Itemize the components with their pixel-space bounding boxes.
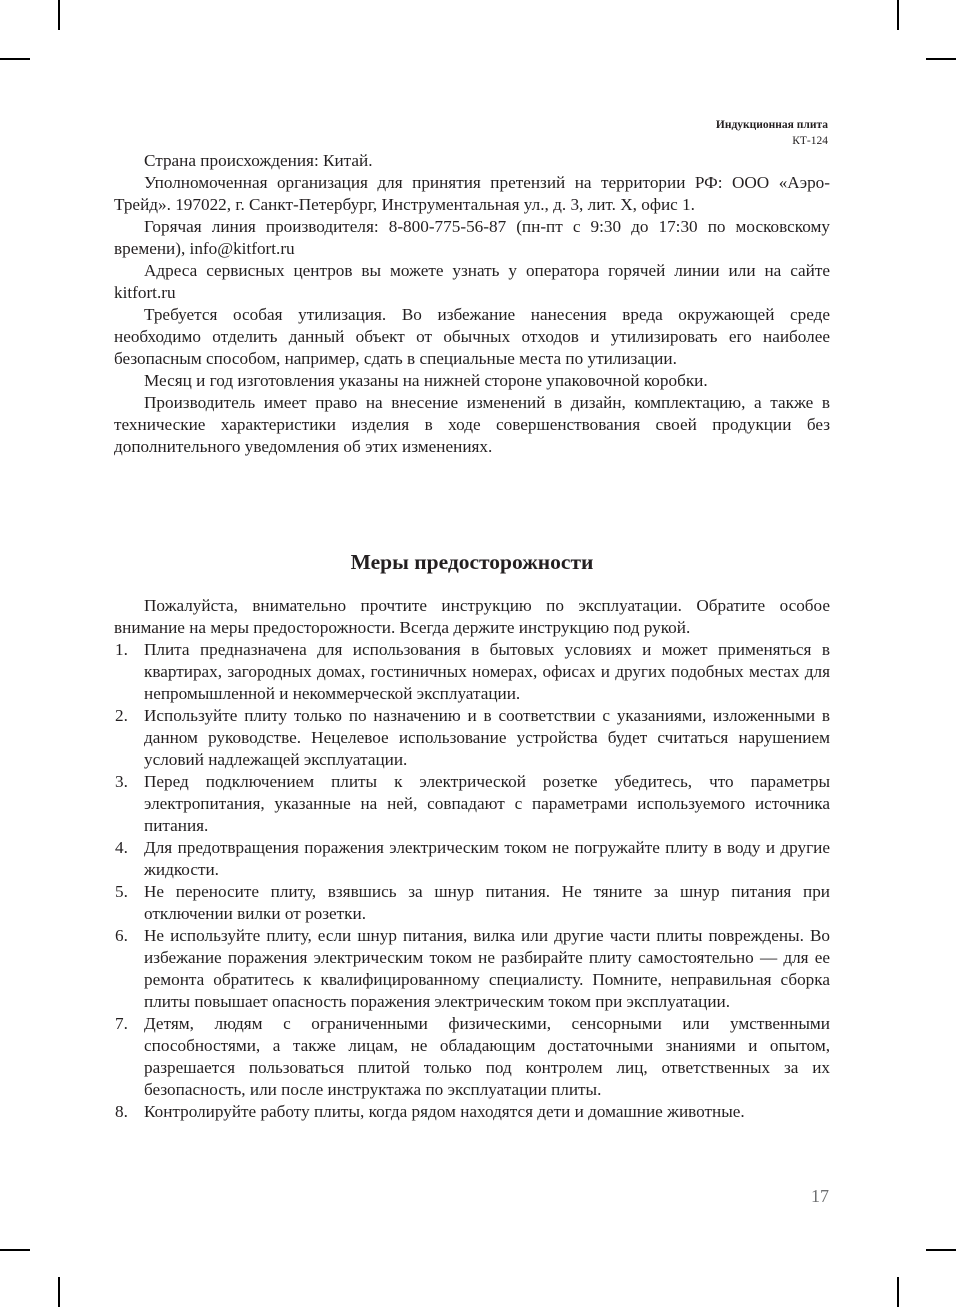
info-paragraph: Уполномоченная организация для принятия … <box>114 172 830 216</box>
info-paragraph: Страна происхождения: Китай. <box>114 150 830 172</box>
list-item-number: 3. <box>115 771 128 793</box>
list-item: 7.Детям, людям с ограниченными физически… <box>114 1013 830 1101</box>
list-item: 8.Контролируйте работу плиты, когда рядо… <box>114 1101 830 1123</box>
list-item: 4.Для предотвращения поражения электриче… <box>114 837 830 881</box>
section-heading: Меры предосторожности <box>114 548 830 576</box>
list-item-text: Плита предназначена для использования в … <box>144 640 830 703</box>
info-paragraph: Производитель имеет право на внесение из… <box>114 392 830 458</box>
list-item-text: Используйте плиту только по назначению и… <box>144 706 830 769</box>
running-head-model: КТ-124 <box>716 133 828 149</box>
list-item: 6.Не используйте плиту, если шнур питани… <box>114 925 830 1013</box>
list-item-number: 6. <box>115 925 128 947</box>
crop-mark-top-right-h <box>926 58 956 60</box>
crop-mark-bottom-left-v <box>58 1277 60 1307</box>
safety-intro: Пожалуйста, внимательно прочтите инструк… <box>114 595 830 639</box>
crop-mark-top-right-v <box>897 0 899 30</box>
list-item: 1.Плита предназначена для использования … <box>114 639 830 705</box>
list-item-text: Контролируйте работу плиты, когда рядом … <box>144 1102 745 1121</box>
list-item-number: 1. <box>115 639 128 661</box>
list-item-text: Не переносите плиту, взявшись за шнур пи… <box>144 882 830 923</box>
crop-mark-top-left-h <box>0 58 30 60</box>
page-number: 17 <box>811 1186 829 1207</box>
list-item-text: Перед подключением плиты к электрической… <box>144 772 830 835</box>
list-item-text: Для предотвращения поражения электрическ… <box>144 838 830 879</box>
safety-list: 1.Плита предназначена для использования … <box>114 639 830 1123</box>
list-item-text: Не используйте плиту, если шнур питания,… <box>144 926 830 1011</box>
list-item-number: 7. <box>115 1013 128 1035</box>
info-paragraph: Адреса сервисных центров вы можете узнат… <box>114 260 830 304</box>
info-paragraph: Требуется особая утилизация. Во избежани… <box>114 304 830 370</box>
list-item: 3.Перед подключением плиты к электрическ… <box>114 771 830 837</box>
running-head: Индукционная плита КТ-124 <box>716 117 828 149</box>
list-item: 5.Не переносите плиту, взявшись за шнур … <box>114 881 830 925</box>
list-item-number: 8. <box>115 1101 128 1123</box>
list-item-text: Детям, людям с ограниченными физическими… <box>144 1014 830 1099</box>
crop-mark-top-left-v <box>58 0 60 30</box>
crop-mark-bottom-right-v <box>897 1277 899 1307</box>
list-item-number: 4. <box>115 837 128 859</box>
list-item-number: 5. <box>115 881 128 903</box>
info-paragraph: Горячая линия производителя: 8-800-775-5… <box>114 216 830 260</box>
page-content: Страна происхождения: Китай. Уполномочен… <box>114 150 830 1123</box>
crop-mark-bottom-left-h <box>0 1249 30 1251</box>
list-item-number: 2. <box>115 705 128 727</box>
list-item: 2.Используйте плиту только по назначению… <box>114 705 830 771</box>
crop-mark-bottom-right-h <box>926 1249 956 1251</box>
running-head-title: Индукционная плита <box>716 117 828 133</box>
info-paragraph: Месяц и год изготовления указаны на нижн… <box>114 370 830 392</box>
